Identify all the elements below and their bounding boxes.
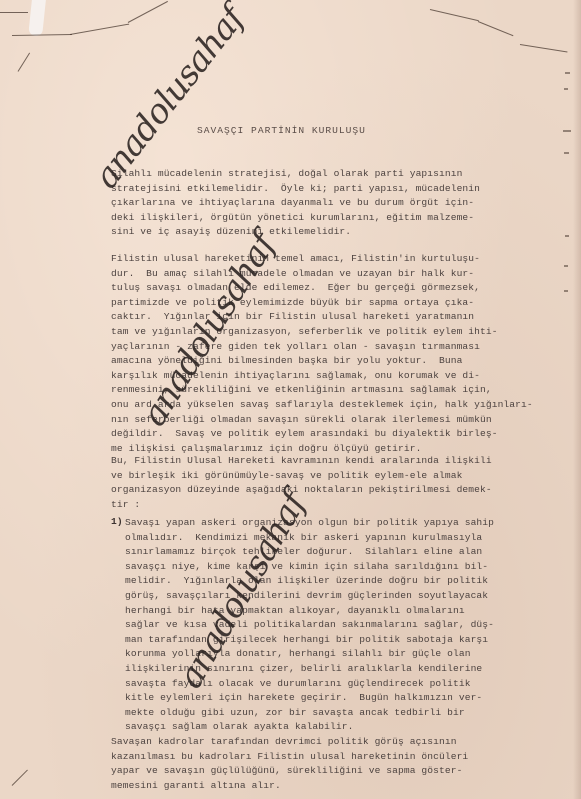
list-number: 1) — [111, 516, 123, 527]
paper-crease — [128, 1, 168, 23]
ink-speck — [565, 72, 570, 74]
paper-tear — [28, 0, 46, 36]
text-line: sini ve iç asayiş düzenini etkilemelidir… — [111, 225, 531, 240]
paragraph-cadres: Savaşan kadrolar tarafından devrimci pol… — [111, 735, 531, 793]
list-item-body: Savaşı yapan askeri organizasyon olgun b… — [125, 516, 531, 735]
text-line: kazanılması bu kadroları Filistin ulusal… — [111, 750, 531, 765]
text-line: savaşçı niye, kime karşı ve kimin için s… — [125, 560, 531, 575]
text-line: sınırlamamız birçok tehlikeler doğurur. … — [125, 545, 531, 560]
paper-crease — [18, 53, 31, 72]
ink-speck — [563, 130, 571, 132]
paper-crease — [430, 9, 479, 21]
page-edge-shadow — [573, 0, 581, 799]
text-line: partimizde ve politik eylemimizde büyük … — [111, 296, 531, 311]
paper-crease — [70, 24, 129, 35]
text-line: dur. Bu amaç silahlı mücadele olmadan ve… — [111, 267, 531, 282]
text-line: ve birleşik iki görünümüyle-savaş ve pol… — [111, 469, 531, 484]
ink-speck — [564, 152, 569, 154]
text-line: kitle eylemleri için harekete geçirir. B… — [125, 691, 531, 706]
text-line: tuluş savaşı olmadan elde edilemez. Eğer… — [111, 281, 531, 296]
paragraph-organization: Bu, Filistin Ulusal Hareketi kavramının … — [111, 454, 531, 512]
text-line: tam ve yığınların organizasyon, seferber… — [111, 325, 531, 340]
text-line: deki ilişkileri, örgütün yönetici kuruml… — [111, 211, 531, 226]
text-line: Savaşan kadrolar tarafından devrimci pol… — [111, 735, 531, 750]
text-line: mekte olduğu gibi uzun, zor bir savaşta … — [125, 706, 531, 721]
list-item-1: 1) Savaşı yapan askeri organizasyon olgu… — [111, 516, 531, 735]
text-line: caktır. Yığınlar için bir Filistin ulusa… — [111, 310, 531, 325]
text-line: stratejisini etkilemelidir. Öyle ki; par… — [111, 182, 531, 197]
ink-speck — [565, 235, 569, 237]
text-line: organizasyon düzeyinde aşağıdaki noktala… — [111, 483, 531, 498]
text-line: man tarafından girişilecek herhangi bir … — [125, 633, 531, 648]
text-line: sağlar ve kısa vadeli politikalardan sak… — [125, 618, 531, 633]
text-line: savaşçı sağlam olarak ayakta kalabilir. — [125, 720, 531, 735]
paper-crease — [520, 44, 568, 52]
ink-speck — [564, 265, 568, 267]
text-line: Bu, Filistin Ulusal Hareketi kavramının … — [111, 454, 531, 469]
text-line: yapar ve savaşın güçlülüğünü, sürekliliğ… — [111, 764, 531, 779]
text-line: Savaşı yapan askeri organizasyon olgun b… — [125, 516, 531, 531]
text-line: çıkarlarına ve ihtiyaçlarına dayanmalı v… — [111, 196, 531, 211]
paper-crease — [0, 12, 28, 13]
paragraph-strategy: Silahlı mücadelenin stratejisi, doğal ol… — [111, 167, 531, 240]
text-line: memesini garanti altına alır. — [111, 779, 531, 794]
ink-speck — [564, 88, 568, 90]
text-line: Filistin ulusal hareketinin temel amacı,… — [111, 252, 531, 267]
scanned-page: SAVAŞÇI PARTİNİN KURULUŞU Silahlı mücade… — [0, 0, 581, 799]
ink-speck — [564, 290, 568, 292]
text-line: herhangi bir hata yapmaktan alıkoyar, da… — [125, 604, 531, 619]
text-line: melidir. Yığınlarla olan ilişkiler üzeri… — [125, 574, 531, 589]
text-line: değildir. Savaş ve politik eylem arasınd… — [111, 427, 531, 442]
text-line: olmalıdır. Kendimizi mekanik bir askeri … — [125, 531, 531, 546]
paper-crease — [12, 34, 72, 36]
text-line: tir : — [111, 498, 531, 513]
text-line: görüş, savaşçıları kendilerini devrim gü… — [125, 589, 531, 604]
text-line: Silahlı mücadelenin stratejisi, doğal ol… — [111, 167, 531, 182]
paper-crease — [12, 770, 28, 786]
document-title: SAVAŞÇI PARTİNİN KURULUŞU — [197, 125, 366, 136]
paper-crease — [478, 21, 514, 36]
